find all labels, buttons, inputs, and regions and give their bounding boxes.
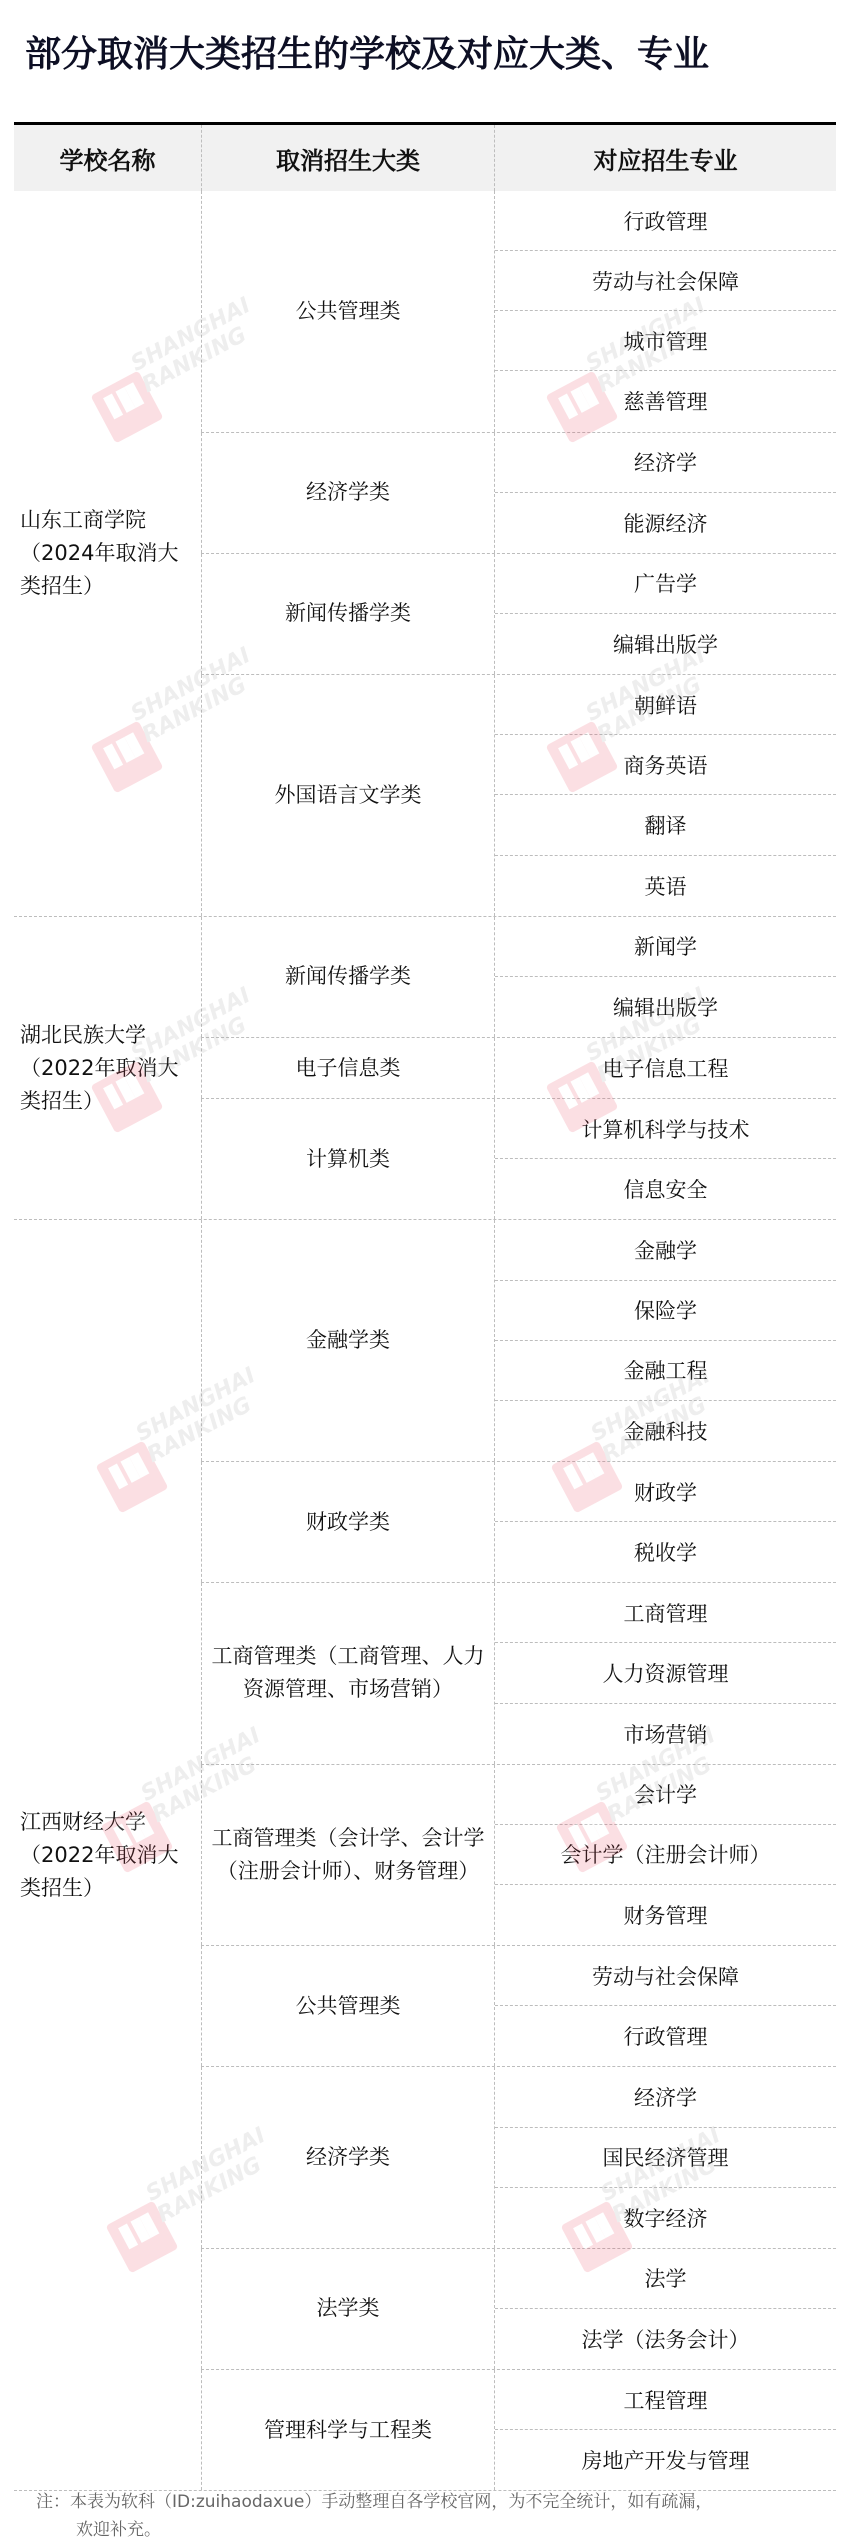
major-item: 人力资源管理: [495, 1643, 836, 1703]
category-group: 公共管理类行政管理劳动与社会保障城市管理慈善管理经济学类经济学能源经济新闻传播学…: [201, 191, 836, 916]
category-name: 新闻传播学类: [201, 554, 494, 674]
school-row: 山东工商学院（2024年取消大类招生）公共管理类行政管理劳动与社会保障城市管理慈…: [14, 191, 836, 917]
category-name: 计算机类: [201, 1099, 494, 1219]
major-item: 劳动与社会保障: [495, 1946, 836, 2006]
category-row: 法学类法学法学（法务会计）: [201, 2249, 836, 2370]
majors-list: 新闻学编辑出版学: [494, 917, 836, 1037]
majors-list: 朝鲜语商务英语翻译英语: [494, 675, 836, 916]
category-name: 管理科学与工程类: [201, 2370, 494, 2490]
footnote: 注：本表为软科（ID:zuihaodaxue）手动整理自各学校官网，为不完全统计…: [36, 2488, 826, 2544]
majors-list: 工商管理人力资源管理市场营销: [494, 1583, 836, 1763]
header-cancelled-category: 取消招生大类: [201, 125, 494, 191]
school-name: 山东工商学院（2024年取消大类招生）: [14, 191, 201, 916]
major-item: 金融工程: [495, 1341, 836, 1401]
category-row: 金融学类金融学保险学金融工程金融科技: [201, 1220, 836, 1462]
page-title: 部分取消大类招生的学校及对应大类、专业: [25, 30, 709, 80]
category-row: 计算机类计算机科学与技术信息安全: [201, 1099, 836, 1219]
major-item: 经济学: [495, 2067, 836, 2127]
major-item: 会计学: [495, 1765, 836, 1825]
category-group: 新闻传播学类新闻学编辑出版学电子信息类电子信息工程计算机类计算机科学与技术信息安…: [201, 917, 836, 1220]
majors-list: 电子信息工程: [494, 1038, 836, 1098]
category-row: 工商管理类（工商管理、人力资源管理、市场营销）工商管理人力资源管理市场营销: [201, 1583, 836, 1764]
major-item: 能源经济: [495, 493, 836, 553]
major-item: 会计学（注册会计师）: [495, 1825, 836, 1885]
major-item: 行政管理: [495, 191, 836, 251]
header-corresponding-majors: 对应招生专业: [494, 125, 836, 191]
majors-list: 广告学编辑出版学: [494, 554, 836, 674]
major-item: 朝鲜语: [495, 675, 836, 735]
category-row: 管理科学与工程类工程管理房地产开发与管理: [201, 2370, 836, 2490]
majors-list: 计算机科学与技术信息安全: [494, 1099, 836, 1219]
category-name: 电子信息类: [201, 1038, 494, 1098]
major-item: 财政学: [495, 1462, 836, 1522]
major-item: 数字经济: [495, 2188, 836, 2248]
category-row: 经济学类经济学能源经济: [201, 433, 836, 554]
majors-list: 法学法学（法务会计）: [494, 2249, 836, 2369]
major-item: 劳动与社会保障: [495, 251, 836, 311]
major-item: 工商管理: [495, 1583, 836, 1643]
major-item: 国民经济管理: [495, 2128, 836, 2188]
category-name: 财政学类: [201, 1462, 494, 1582]
major-item: 经济学: [495, 433, 836, 493]
category-name: 金融学类: [201, 1220, 494, 1461]
category-row: 财政学类财政学税收学: [201, 1462, 836, 1583]
category-name: 工商管理类（会计学、会计学（注册会计师）、财务管理）: [201, 1765, 494, 1945]
major-item: 法学: [495, 2249, 836, 2309]
major-item: 法学（法务会计）: [495, 2309, 836, 2369]
category-name: 公共管理类: [201, 1946, 494, 2066]
category-name: 公共管理类: [201, 191, 494, 432]
major-item: 财务管理: [495, 1885, 836, 1945]
category-row: 电子信息类电子信息工程: [201, 1038, 836, 1099]
major-item: 金融科技: [495, 1401, 836, 1461]
majors-list: 金融学保险学金融工程金融科技: [494, 1220, 836, 1461]
major-item: 房地产开发与管理: [495, 2430, 836, 2490]
major-item: 电子信息工程: [495, 1038, 836, 1098]
category-row: 工商管理类（会计学、会计学（注册会计师）、财务管理）会计学会计学（注册会计师）财…: [201, 1765, 836, 1946]
majors-table: 学校名称 取消招生大类 对应招生专业 山东工商学院（2024年取消大类招生）公共…: [14, 122, 836, 2491]
category-row: 经济学类经济学国民经济管理数字经济: [201, 2067, 836, 2248]
major-item: 编辑出版学: [495, 977, 836, 1037]
category-name: 经济学类: [201, 433, 494, 553]
major-item: 慈善管理: [495, 371, 836, 431]
category-row: 新闻传播学类新闻学编辑出版学: [201, 917, 836, 1038]
major-item: 工程管理: [495, 2370, 836, 2430]
category-name: 外国语言文学类: [201, 675, 494, 916]
header-school-name: 学校名称: [14, 125, 201, 191]
table-header: 学校名称 取消招生大类 对应招生专业: [14, 122, 836, 191]
table-body: 山东工商学院（2024年取消大类招生）公共管理类行政管理劳动与社会保障城市管理慈…: [14, 191, 836, 2491]
major-item: 编辑出版学: [495, 614, 836, 674]
school-row: 湖北民族大学（2022年取消大类招生）新闻传播学类新闻学编辑出版学电子信息类电子…: [14, 917, 836, 1221]
footnote-line-1: 注：本表为软科（ID:zuihaodaxue）手动整理自各学校官网，为不完全统计…: [36, 2492, 712, 2512]
majors-list: 经济学国民经济管理数字经济: [494, 2067, 836, 2247]
major-item: 信息安全: [495, 1159, 836, 1219]
category-name: 新闻传播学类: [201, 917, 494, 1037]
category-row: 新闻传播学类广告学编辑出版学: [201, 554, 836, 675]
category-row: 公共管理类行政管理劳动与社会保障城市管理慈善管理: [201, 191, 836, 433]
category-name: 经济学类: [201, 2067, 494, 2247]
major-item: 市场营销: [495, 1704, 836, 1764]
majors-list: 财政学税收学: [494, 1462, 836, 1582]
major-item: 商务英语: [495, 735, 836, 795]
major-item: 计算机科学与技术: [495, 1099, 836, 1159]
majors-list: 行政管理劳动与社会保障城市管理慈善管理: [494, 191, 836, 432]
majors-list: 会计学会计学（注册会计师）财务管理: [494, 1765, 836, 1945]
major-item: 广告学: [495, 554, 836, 614]
footnote-line-2: 欢迎补充。: [36, 2516, 826, 2544]
majors-list: 经济学能源经济: [494, 433, 836, 553]
majors-list: 工程管理房地产开发与管理: [494, 2370, 836, 2490]
category-name: 法学类: [201, 2249, 494, 2369]
major-item: 金融学: [495, 1220, 836, 1280]
category-row: 公共管理类劳动与社会保障行政管理: [201, 1946, 836, 2067]
school-name: 湖北民族大学（2022年取消大类招生）: [14, 917, 201, 1220]
major-item: 翻译: [495, 795, 836, 855]
category-row: 外国语言文学类朝鲜语商务英语翻译英语: [201, 675, 836, 916]
category-name: 工商管理类（工商管理、人力资源管理、市场营销）: [201, 1583, 494, 1763]
school-name: 江西财经大学（2022年取消大类招生）: [14, 1220, 201, 2490]
school-row: 江西财经大学（2022年取消大类招生）金融学类金融学保险学金融工程金融科技财政学…: [14, 1220, 836, 2491]
major-item: 新闻学: [495, 917, 836, 977]
major-item: 英语: [495, 856, 836, 916]
major-item: 行政管理: [495, 2006, 836, 2066]
major-item: 税收学: [495, 1522, 836, 1582]
major-item: 保险学: [495, 1281, 836, 1341]
major-item: 城市管理: [495, 311, 836, 371]
category-group: 金融学类金融学保险学金融工程金融科技财政学类财政学税收学工商管理类（工商管理、人…: [201, 1220, 836, 2490]
majors-list: 劳动与社会保障行政管理: [494, 1946, 836, 2066]
